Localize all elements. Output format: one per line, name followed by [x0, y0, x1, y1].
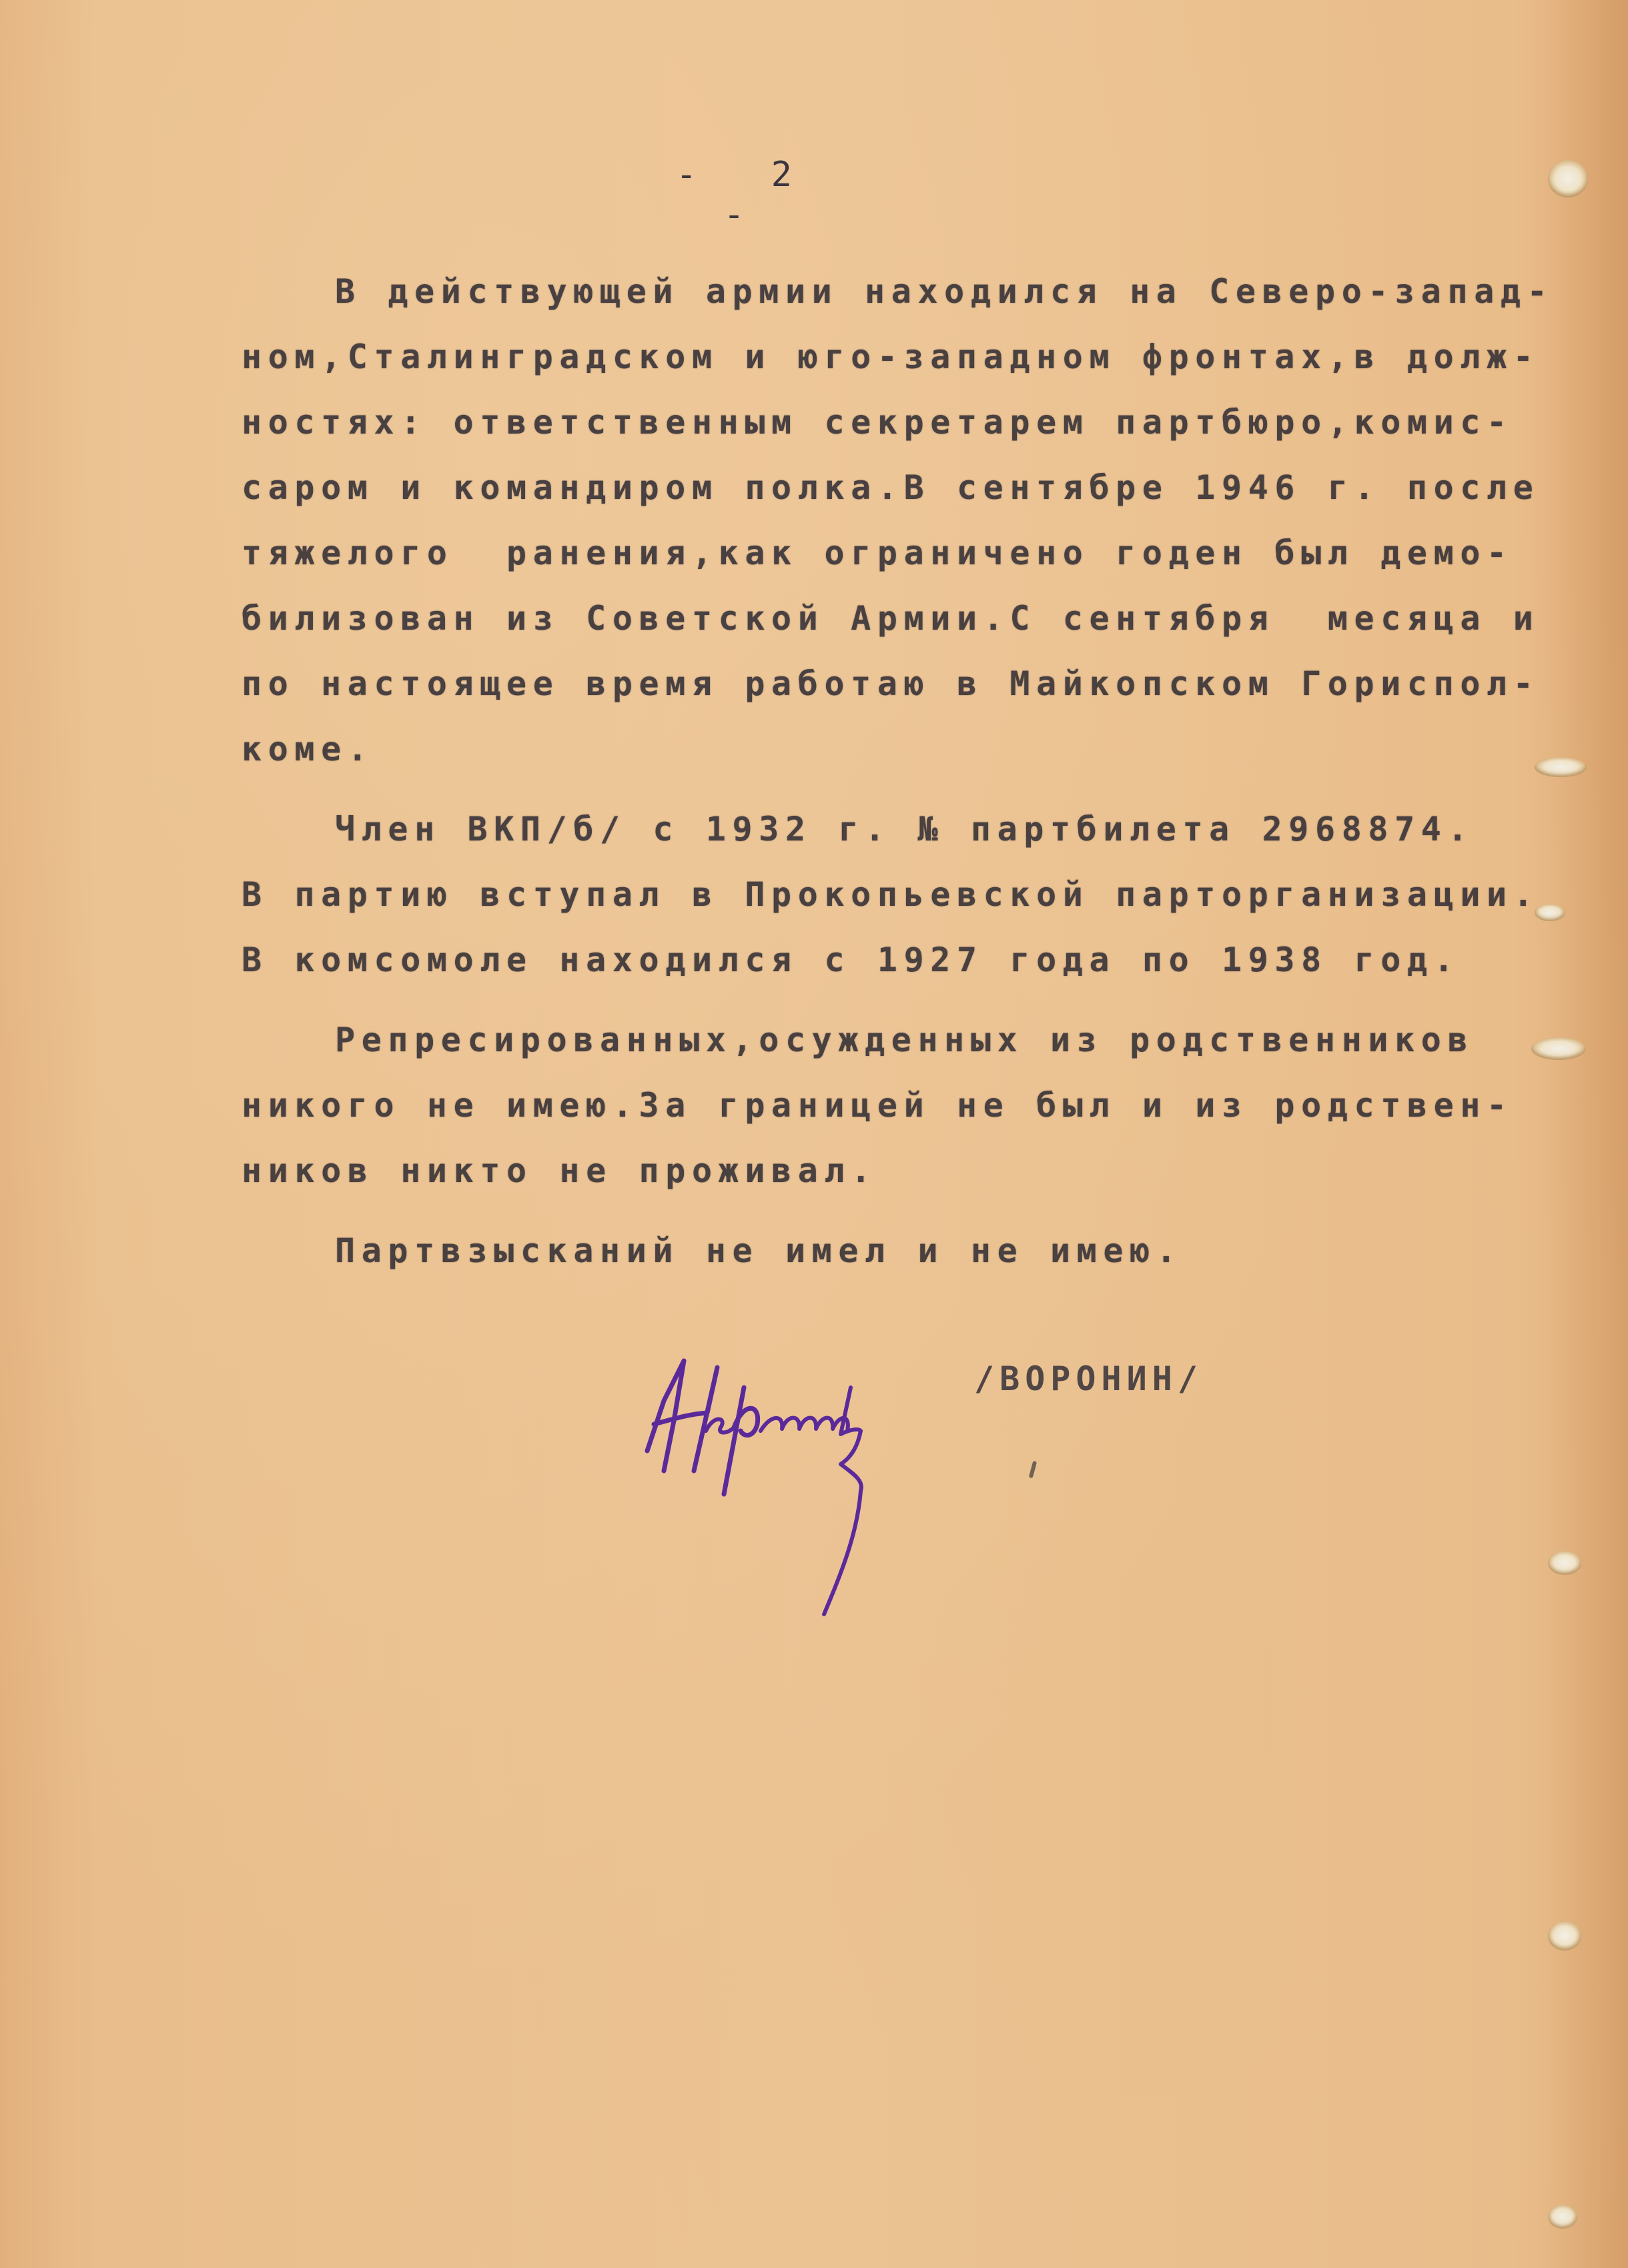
text-line: по настоящее время работаю в Майкопском … — [242, 651, 1509, 716]
paragraph-gap — [242, 1203, 1509, 1218]
handwritten-signature — [627, 1314, 1041, 1621]
binding-hole — [1548, 2205, 1577, 2229]
text-line: коме. — [242, 716, 1509, 782]
binding-hole — [1548, 1921, 1581, 1950]
text-line: саром и командиром полка.В сентябре 1946… — [242, 455, 1509, 520]
text-line: ников никто не проживал. — [242, 1138, 1509, 1203]
paragraph-gap — [242, 782, 1509, 796]
text-line: билизован из Советской Армии.С сентября … — [242, 586, 1509, 651]
binding-hole — [1548, 1551, 1581, 1575]
signature-block: /ВОРОНИН/ — [627, 1341, 1161, 1621]
binding-hole — [1548, 160, 1588, 197]
binding-hole — [1535, 904, 1565, 921]
text-line: Партвзысканий не имел и не имею. — [242, 1218, 1509, 1283]
text-line: Член ВКП/б/ с 1932 г. № партбилета 29688… — [242, 796, 1509, 862]
binding-hole — [1535, 757, 1587, 777]
typed-body-text: В действующей армии находился на Северо-… — [242, 259, 1509, 1283]
text-line: ном,Сталинградском и юго-западном фронта… — [242, 324, 1509, 390]
paragraph-gap — [242, 993, 1509, 1007]
text-line: В действующей армии находился на Северо-… — [242, 259, 1509, 324]
text-line: никого не имею.За границей не был и из р… — [242, 1073, 1509, 1138]
binding-hole — [1531, 1037, 1586, 1060]
document-page: - 2 - В действующей армии находился на С… — [0, 0, 1628, 2268]
text-line: В партию вступал в Прокопьевской парторг… — [242, 862, 1509, 927]
text-line: В комсомоле находился с 1927 года по 193… — [242, 927, 1509, 993]
page-number: - 2 - — [661, 155, 834, 235]
text-line: ностях: ответственным секретарем партбюр… — [242, 390, 1509, 455]
text-line: тяжелого ранения,как ограничено годен бы… — [242, 520, 1509, 586]
text-line: Репресированных,осужденных из родственни… — [242, 1007, 1509, 1073]
